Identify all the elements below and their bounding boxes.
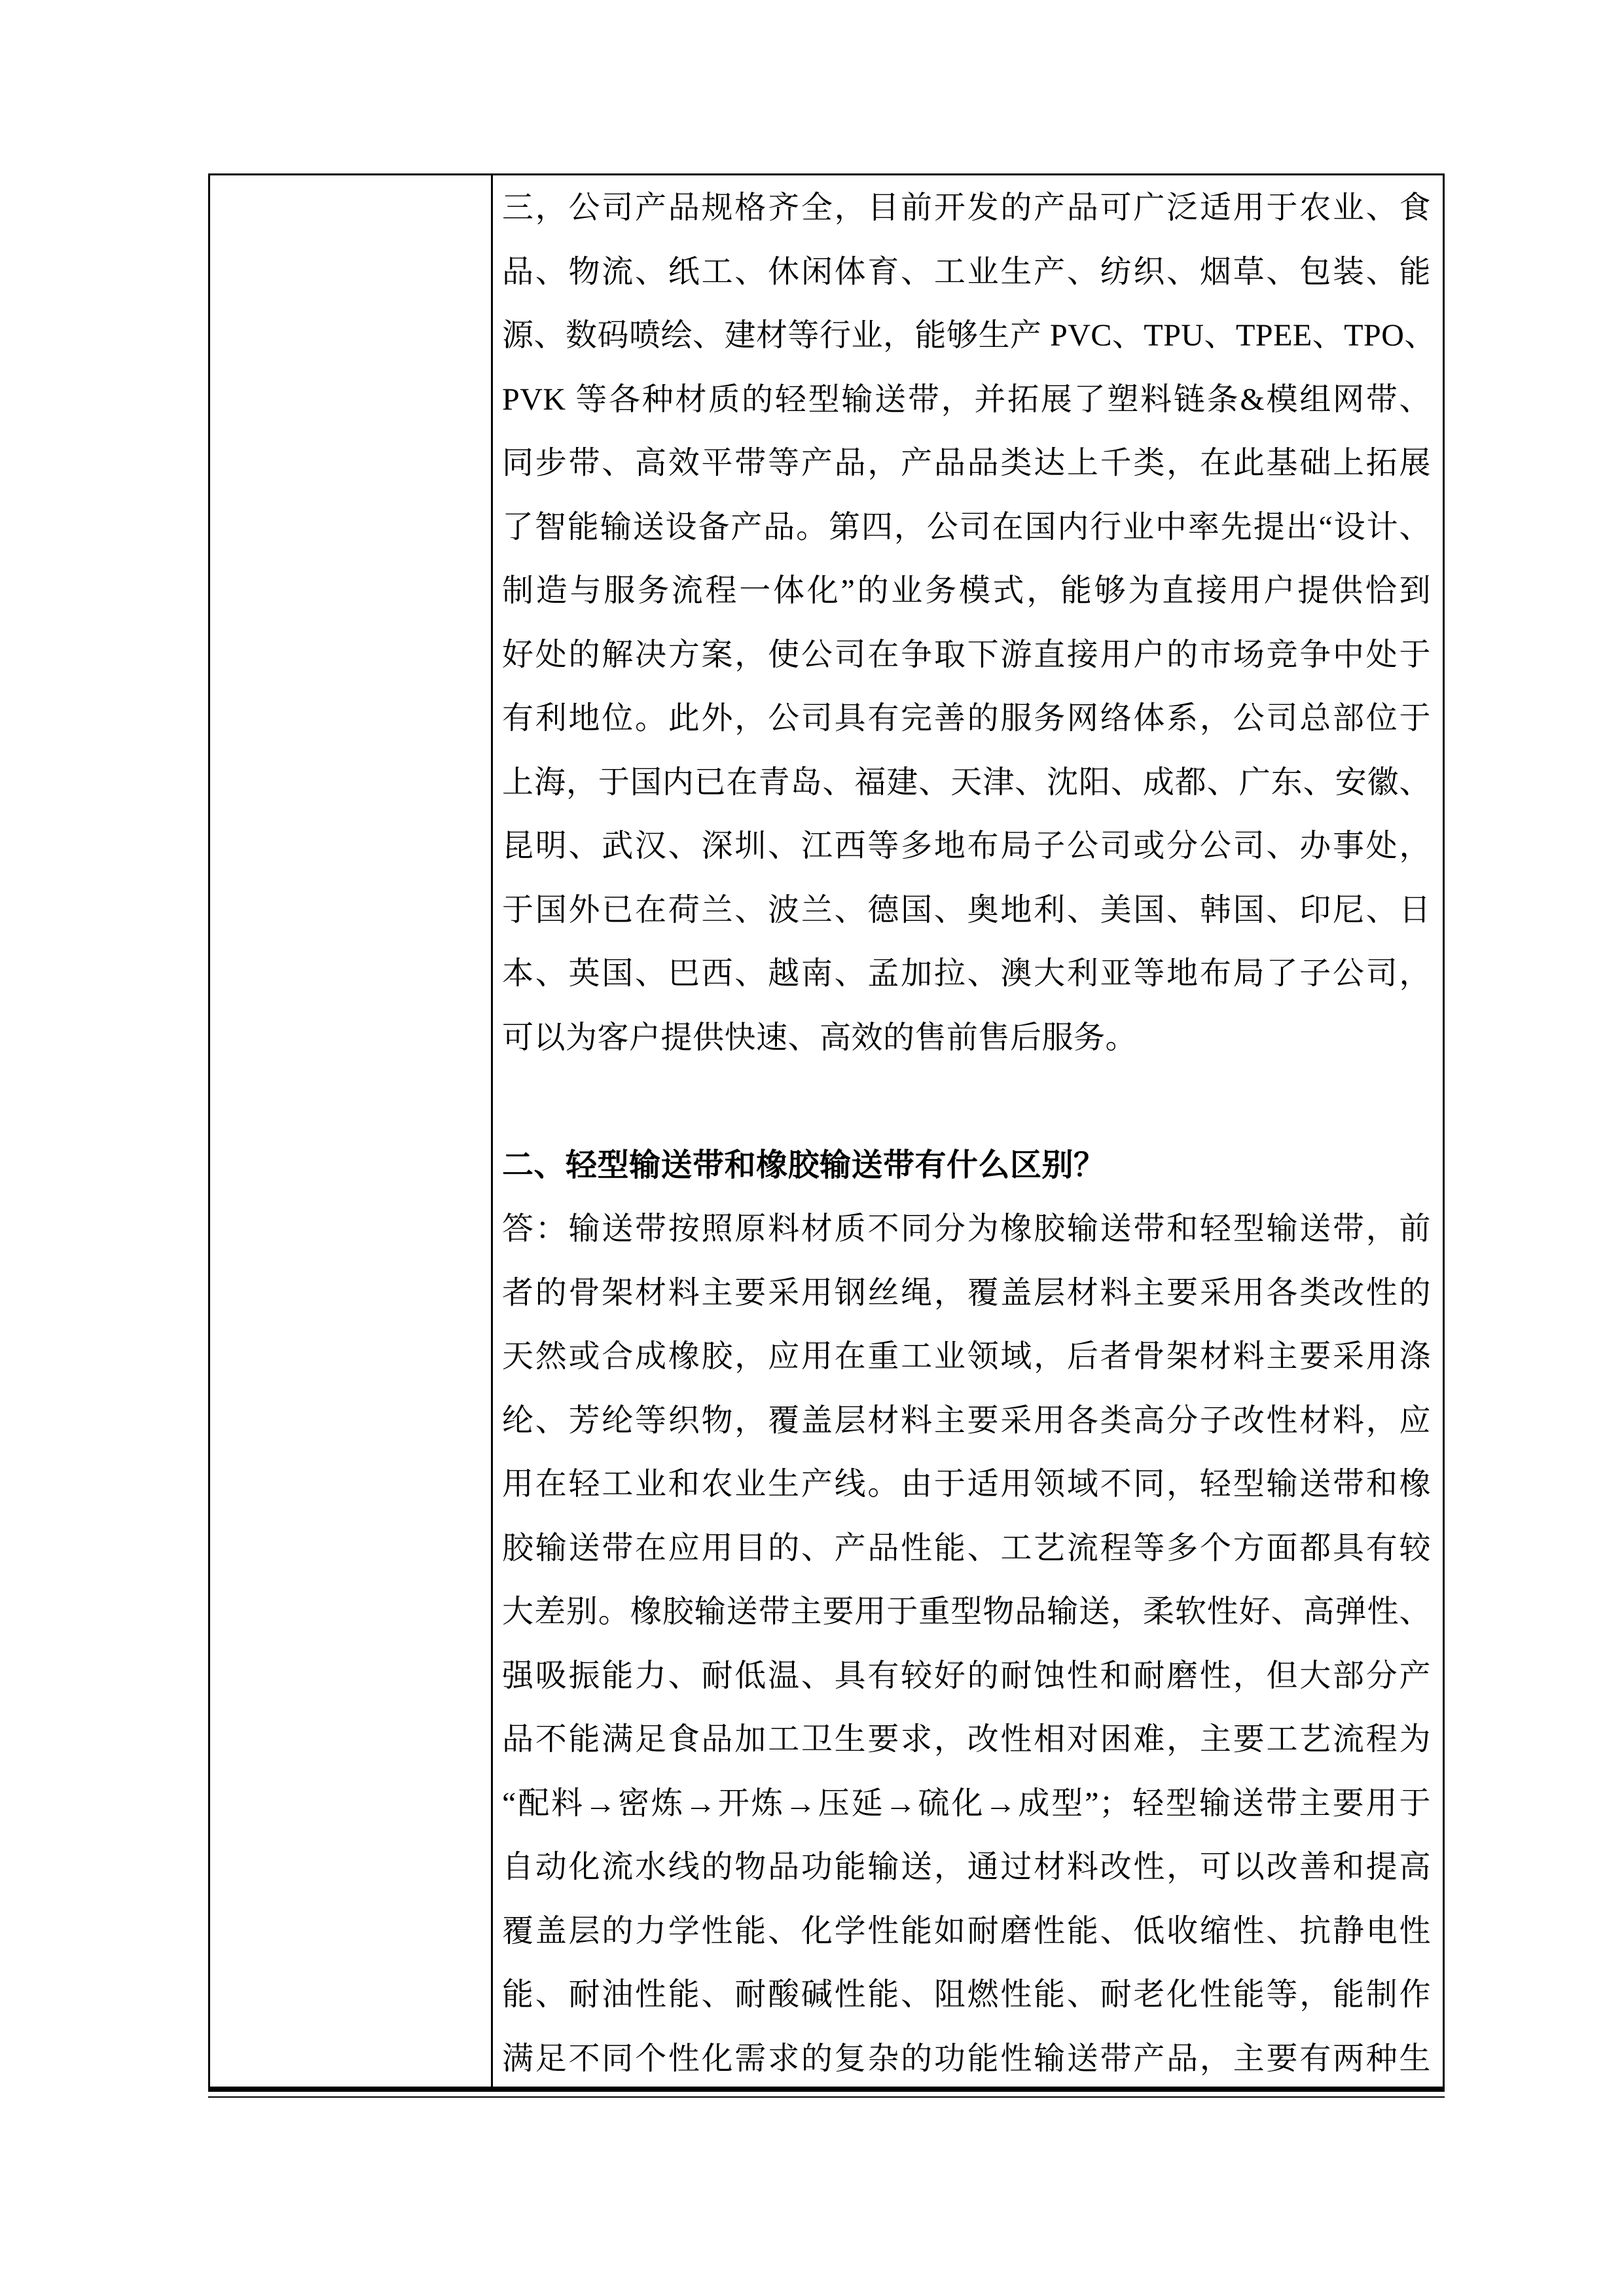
text-line: 二、轻型输送带和橡胶输送带有什么区别？ — [502, 1134, 1431, 1198]
text-line: 能、耐油性能、耐酸碱性能、阻燃性能、耐老化性能等，能制作 — [502, 1963, 1431, 2027]
text-line: “配料→密炼→开炼→压延→硫化→成型”；轻型输送带主要用于 — [502, 1772, 1431, 1836]
text-line: 答：输送带按照原料材质不同分为橡胶输送带和轻型输送带，前 — [502, 1197, 1431, 1261]
text-line: 好处的解决方案，使公司在争取下游直接用户的市场竞争中处于 — [502, 623, 1431, 687]
text-line: 本、英国、巴西、越南、孟加拉、澳大利亚等地布局了子公司， — [502, 942, 1431, 1006]
text-line: 胶输送带在应用目的、产品性能、工艺流程等多个方面都具有较 — [502, 1516, 1431, 1581]
qa-table: 三，公司产品规格齐全，目前开发的产品可广泛适用于农业、食品、物流、纸工、休闲体育… — [208, 173, 1445, 2092]
document-page: 三，公司产品规格齐全，目前开发的产品可广泛适用于农业、食品、物流、纸工、休闲体育… — [0, 0, 1624, 2296]
text-line: 上海，于国内已在青岛、福建、天津、沈阳、成都、广东、安徽、 — [502, 751, 1431, 815]
table-cell-left-empty — [210, 175, 493, 2087]
text-line: 于国外已在荷兰、波兰、德国、奥地利、美国、韩国、印尼、日 — [502, 878, 1431, 942]
text-line: 天然或合成橡胶，应用在重工业领域，后者骨架材料主要采用涤 — [502, 1325, 1431, 1389]
text-line: 品、物流、纸工、休闲体育、工业生产、纺织、烟草、包装、能 — [502, 240, 1431, 304]
text-line: 源、数码喷绘、建材等行业，能够生产 PVC、TPU、TPEE、TPO、 — [502, 304, 1431, 368]
text-line: 大差别。橡胶输送带主要用于重型物品输送，柔软性好、高弹性、 — [502, 1580, 1431, 1644]
text-line: 有利地位。此外，公司具有完善的服务网络体系，公司总部位于 — [502, 687, 1431, 751]
table-cell-answer-content: 三，公司产品规格齐全，目前开发的产品可广泛适用于农业、食品、物流、纸工、休闲体育… — [493, 175, 1443, 2087]
text-line: 者的骨架材料主要采用钢丝绳，覆盖层材料主要采用各类改性的 — [502, 1261, 1431, 1325]
text-line: 昆明、武汉、深圳、江西等多地布局子公司或分公司、办事处， — [502, 814, 1431, 878]
text-line: 制造与服务流程一体化”的业务模式，能够为直接用户提供恰到 — [502, 559, 1431, 623]
text-line: 自动化流水线的物品功能输送，通过材料改性，可以改善和提高 — [502, 1835, 1431, 1899]
text-line: 三，公司产品规格齐全，目前开发的产品可广泛适用于农业、食 — [502, 176, 1431, 240]
text-line: 了智能输送设备产品。第四，公司在国内行业中率先提出“设计、 — [502, 495, 1431, 560]
table-bottom-thin-rule — [208, 2096, 1445, 2098]
text-line: 同步带、高效平带等产品，产品品类达上千类，在此基础上拓展 — [502, 431, 1431, 495]
text-line: 覆盖层的力学性能、化学性能如耐磨性能、低收缩性、抗静电性 — [502, 1899, 1431, 1964]
text-line: PVK 等各种材质的轻型输送带，并拓展了塑料链条&模组网带、 — [502, 368, 1431, 432]
text-line: 纶、芳纶等织物，覆盖层材料主要采用各类高分子改性材料，应 — [502, 1389, 1431, 1453]
text-line: 品不能满足食品加工卫生要求，改性相对困难，主要工艺流程为 — [502, 1708, 1431, 1772]
text-line: 满足不同个性化需求的复杂的功能性输送带产品，主要有两种生 — [502, 2027, 1431, 2087]
text-line: 强吸振能力、耐低温、具有较好的耐蚀性和耐磨性，但大部分产 — [502, 1644, 1431, 1708]
text-line: 可以为客户提供快速、高效的售前售后服务。 — [502, 1006, 1431, 1070]
text-line — [502, 1069, 1431, 1134]
text-line: 用在轻工业和农业生产线。由于适用领域不同，轻型输送带和橡 — [502, 1452, 1431, 1516]
